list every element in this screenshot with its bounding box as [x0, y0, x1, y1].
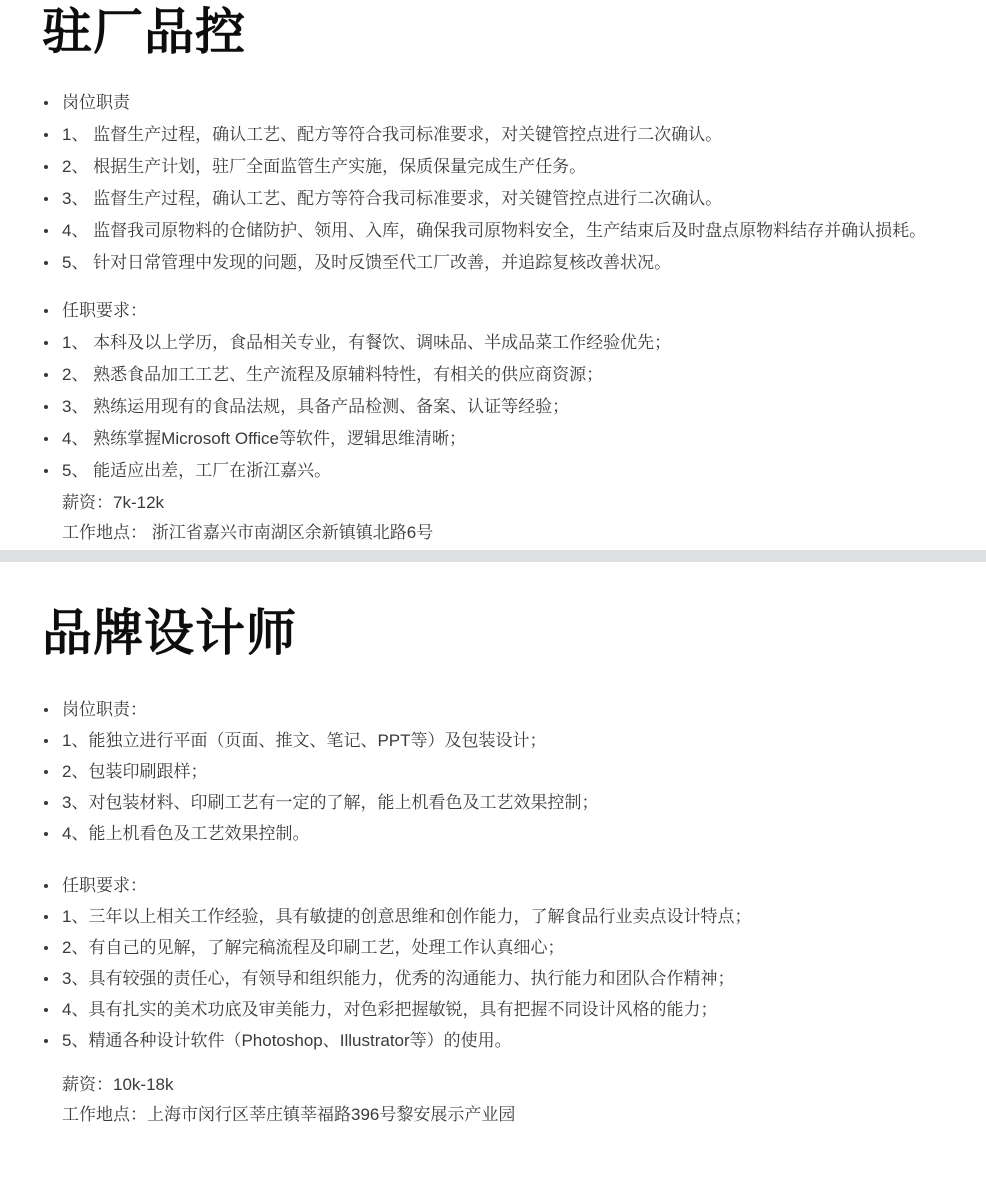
list-item: 2、有自己的见解，了解完稿流程及印刷工艺，处理工作认真细心； [42, 937, 946, 959]
requirements-header: 任职要求： [42, 300, 946, 322]
list-item: 2、 熟悉食品加工工艺、生产流程及原辅料特性，有相关的供应商资源； [42, 364, 946, 386]
list-item: 4、 监督我司原物料的仓储防护、领用、入库，确保我司原物料安全，生产结束后及时盘… [42, 220, 946, 242]
location-value: 上海市闵行区莘庄镇莘福路396号黎安展示产业园 [147, 1105, 515, 1124]
responsibilities-list: 岗位职责： 1、能独立进行平面（页面、推文、笔记、PPT等）及包装设计； 2、包… [42, 699, 946, 1052]
salary-label: 薪资： [62, 1075, 113, 1094]
job-posting-factory-qc: 驻厂品控 岗位职责 1、 监督生产过程，确认工艺、配方等符合我司标准要求，对关键… [0, 5, 986, 544]
job-posting-brand-designer: 品牌设计师 岗位职责： 1、能独立进行平面（页面、推文、笔记、PPT等）及包装设… [0, 606, 986, 1126]
list-item: 4、 熟练掌握Microsoft Office等软件，逻辑思维清晰； [42, 428, 946, 450]
salary-line: 薪资：7k-12k [42, 492, 946, 514]
location-line: 工作地点：上海市闵行区莘庄镇莘福路396号黎安展示产业园 [42, 1104, 946, 1126]
list-item: 3、对包装材料、印刷工艺有一定的了解，能上机看色及工艺效果控制； [42, 792, 946, 814]
list-item: 5、 针对日常管理中发现的问题，及时反馈至代工厂改善，并追踪复核改善状况。 [42, 252, 946, 274]
salary-label: 薪资： [62, 493, 113, 512]
list-item: 1、 监督生产过程，确认工艺、配方等符合我司标准要求，对关键管控点进行二次确认。 [42, 124, 946, 146]
list-item: 3、具有较强的责任心，有领导和组织能力，优秀的沟通能力、执行能力和团队合作精神； [42, 968, 946, 990]
list-item: 5、精通各种设计软件（Photoshop、Illustrator等）的使用。 [42, 1030, 946, 1052]
list-item: 3、 监督生产过程，确认工艺、配方等符合我司标准要求，对关键管控点进行二次确认。 [42, 188, 946, 210]
salary-value: 7k-12k [113, 493, 164, 512]
job-title: 驻厂品控 [42, 5, 946, 60]
list-item: 1、三年以上相关工作经验，具有敏捷的创意思维和创作能力，了解食品行业卖点设计特点… [42, 906, 946, 928]
list-item: 4、能上机看色及工艺效果控制。 [42, 823, 946, 845]
list-item: 4、具有扎实的美术功底及审美能力，对色彩把握敏锐，具有把握不同设计风格的能力； [42, 999, 946, 1021]
list-item: 2、包装印刷跟样； [42, 761, 946, 783]
location-label: 工作地点： [62, 1105, 147, 1124]
requirements-header: 任职要求： [42, 875, 946, 897]
location-value: 浙江省嘉兴市南湖区余新镇镇北路6号 [152, 523, 433, 542]
list-item: 5、 能适应出差，工厂在浙江嘉兴。 [42, 460, 946, 482]
responsibilities-header: 岗位职责 [42, 92, 946, 114]
list-item: 1、能独立进行平面（页面、推文、笔记、PPT等）及包装设计； [42, 730, 946, 752]
location-line: 工作地点： 浙江省嘉兴市南湖区余新镇镇北路6号 [42, 522, 946, 544]
list-item: 1、 本科及以上学历，食品相关专业，有餐饮、调味品、半成品菜工作经验优先； [42, 332, 946, 354]
section-divider [0, 550, 986, 562]
salary-value: 10k-18k [113, 1075, 173, 1094]
list-item: 2、 根据生产计划，驻厂全面监管生产实施，保质保量完成生产任务。 [42, 156, 946, 178]
salary-line: 薪资：10k-18k [42, 1074, 946, 1096]
responsibilities-list: 岗位职责 1、 监督生产过程，确认工艺、配方等符合我司标准要求，对关键管控点进行… [42, 92, 946, 482]
responsibilities-header: 岗位职责： [42, 699, 946, 721]
list-item: 3、 熟练运用现有的食品法规，具备产品检测、备案、认证等经验； [42, 396, 946, 418]
job-title: 品牌设计师 [42, 606, 946, 661]
location-label: 工作地点： [62, 523, 147, 542]
